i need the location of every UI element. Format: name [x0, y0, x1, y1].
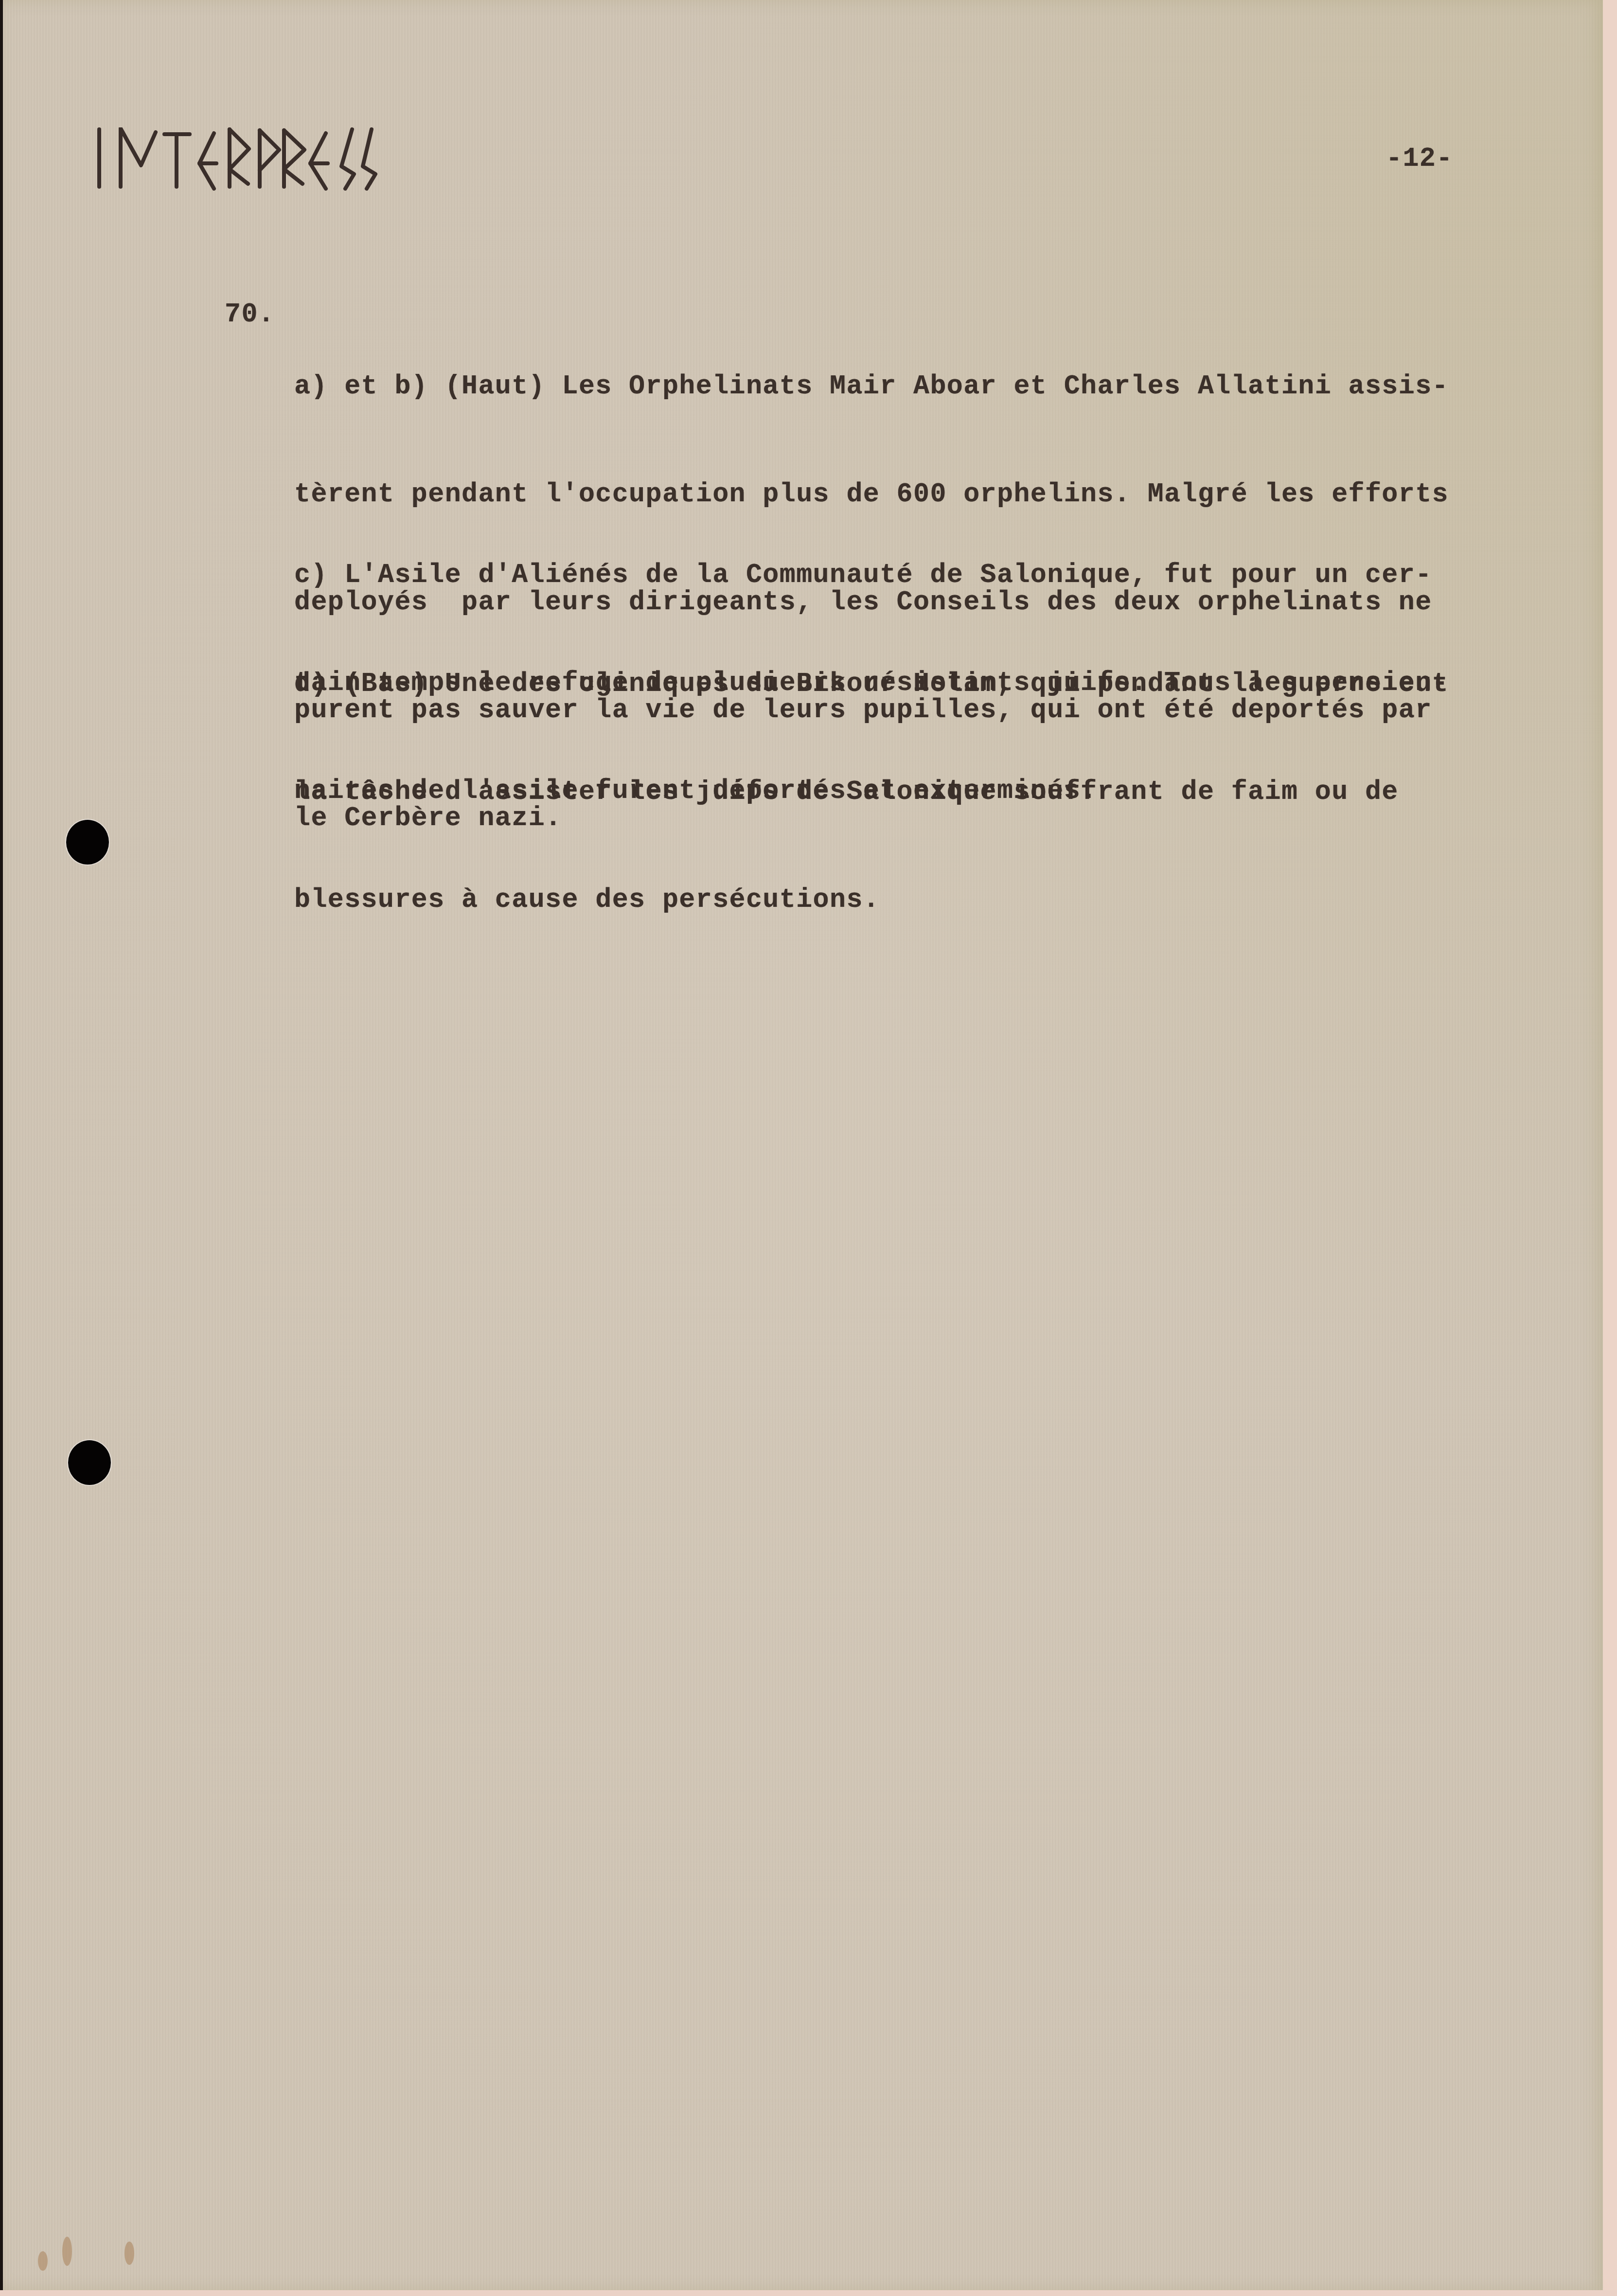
text-line: blessures à cause des persécutions.	[294, 882, 1449, 918]
paper-stain	[62, 2237, 72, 2266]
scan-bottom-edge	[0, 2290, 1617, 2296]
text-line: d) (Bas) Une des cliniques du Bikour Hol…	[294, 666, 1449, 702]
paper-stain	[38, 2251, 48, 2271]
paper-stain	[124, 2242, 134, 2265]
text-line: c) L'Asile d'Aliénés de la Communauté de…	[294, 557, 1449, 593]
interpress-logo-glyphs	[92, 127, 647, 191]
text-line: la tâche d'assister les juifs de Saloniq…	[294, 774, 1449, 810]
text-line: a) et b) (Haut) Les Orphelinats Mair Abo…	[294, 369, 1449, 405]
interpress-logo	[92, 127, 647, 191]
page-number: -12-	[1386, 141, 1453, 177]
punch-hole-top	[66, 820, 109, 865]
scan-right-edge	[1603, 0, 1617, 2296]
punch-hole-bottom	[68, 1440, 111, 1485]
paragraph-d: d) (Bas) Une des cliniques du Bikour Hol…	[294, 594, 1449, 954]
item-number: 70.	[225, 297, 275, 333]
